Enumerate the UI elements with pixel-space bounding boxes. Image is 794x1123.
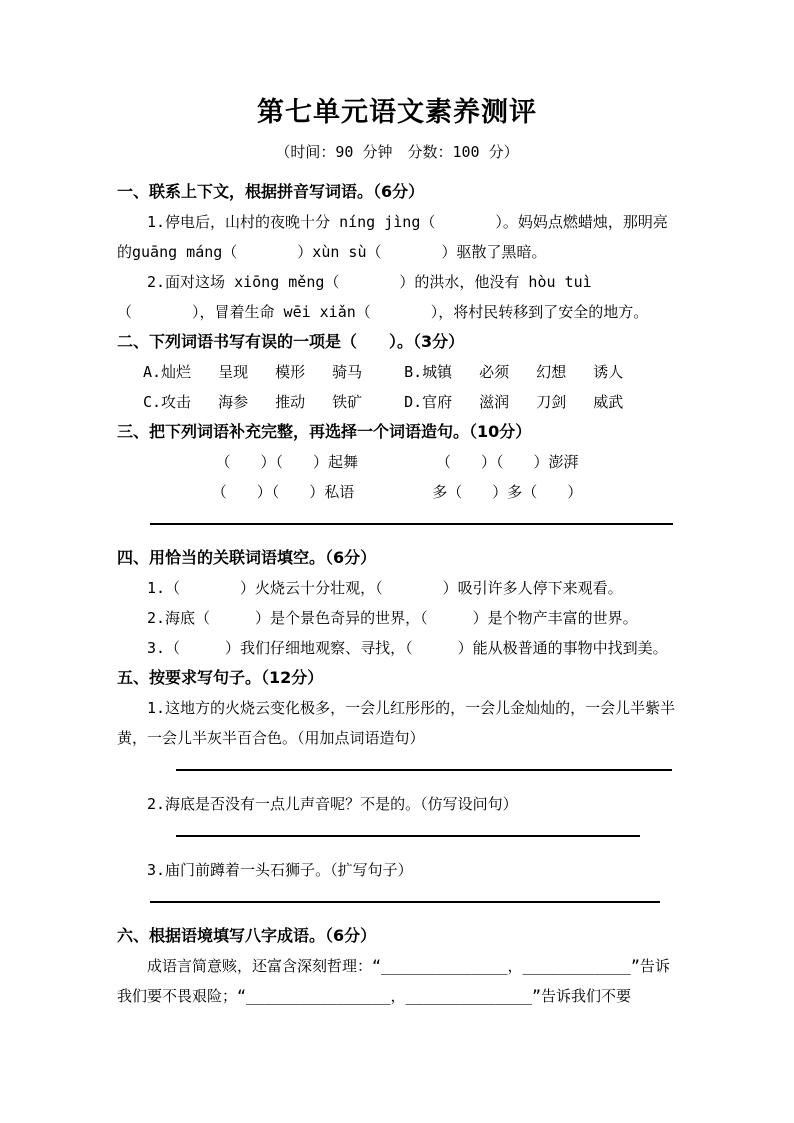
section-4-heading: 四、用恰当的关联词语填空。（6分）	[117, 543, 677, 573]
idiom-blank: 多（ ）多（ ）	[432, 477, 582, 507]
question-4-2: 2.海底（ ）是个景色奇异的世界，（ ）是个物产丰富的世界。	[117, 603, 677, 633]
question-1-1: 1.停电后，山村的夜晚十分 níng jìng（ ）。妈妈点燃蜡烛，那明亮的gu…	[117, 207, 677, 267]
option-d-label: D.官府	[404, 387, 452, 417]
answer-line[interactable]	[150, 901, 660, 903]
page-title: 第七单元语文素养测评	[117, 95, 677, 131]
option-b-label: B.城镇	[404, 357, 452, 387]
question-4-3: 3.（ ）我们仔细地观察、寻找，（ ）能从极普通的事物中找到美。	[117, 633, 677, 663]
option-d-word: 刀剑	[536, 387, 566, 417]
question-1-2: 2.面对这场 xiōng měng（ ）的洪水，他没有 hòu tuì（ ），冒…	[117, 267, 677, 327]
section-pinyin: 一、联系上下文，根据拼音写词语。（6分） 1.停电后，山村的夜晚十分 níng …	[117, 177, 677, 327]
section-conjunction-fill: 四、用恰当的关联词语填空。（6分） 1.（ ）火烧云十分壮观，（ ）吸引许多人停…	[117, 543, 677, 663]
section-idiom-context: 六、根据语境填写八字成语。（6分） 成语言简意赅，还富含深刻哲理：“______…	[117, 921, 677, 1011]
option-a-word: 呈现	[218, 357, 248, 387]
idiom-blank: （ ）（ ）起舞	[215, 447, 358, 477]
option-a-word: 模形	[275, 357, 305, 387]
answer-line[interactable]	[176, 835, 640, 837]
option-c-label: C.攻击	[143, 387, 191, 417]
section-6-heading: 六、根据语境填写八字成语。（6分）	[117, 921, 677, 951]
section-multiple-choice: 二、下列词语书写有误的一项是（ ）。（3分） A.灿烂 呈现 模形 骑马 B.城…	[117, 327, 677, 417]
option-a-label: A.灿烂	[143, 357, 191, 387]
idiom-blank: （ ）（ ）私语	[212, 477, 355, 507]
question-5-2: 2.海底是否没有一点儿声音呢？不是的。（仿写设问句）	[117, 789, 677, 819]
idiom-fill-row-2: （ ）（ ）私语 多（ ）多（ ）	[117, 477, 677, 507]
question-5-1: 1.这地方的火烧云变化极多，一会儿红彤彤的，一会儿金灿灿的，一会儿半紫半黄，一会…	[117, 693, 677, 753]
option-a-word: 骑马	[332, 357, 362, 387]
option-b-word: 必须	[479, 357, 509, 387]
section-2-heading: 二、下列词语书写有误的一项是（ ）。（3分）	[117, 327, 677, 357]
option-b-word: 幻想	[536, 357, 566, 387]
answer-line[interactable]	[176, 769, 672, 771]
option-d-word: 滋润	[479, 387, 509, 417]
option-c-word: 铁矿	[332, 387, 362, 417]
question-5-3: 3.庙门前蹲着一头石狮子。（扩写句子）	[117, 855, 677, 885]
exam-meta: （时间：90 分钟 分数：100 分）	[117, 139, 677, 165]
exam-page: 第七单元语文素养测评 （时间：90 分钟 分数：100 分） 一、联系上下文，根…	[0, 0, 794, 1123]
section-word-completion: 三、把下列词语补充完整，再选择一个词语造句。（10分） （ ）（ ）起舞 （ ）…	[117, 417, 677, 525]
section-5-heading: 五、按要求写句子。（12分）	[117, 663, 677, 693]
option-c-word: 海参	[218, 387, 248, 417]
option-c-word: 推动	[275, 387, 305, 417]
section-3-heading: 三、把下列词语补充完整，再选择一个词语造句。（10分）	[117, 417, 677, 447]
question-6-body: 成语言简意赅，还富含深刻哲理：“______________，_________…	[117, 951, 677, 1011]
option-b-word: 诱人	[593, 357, 623, 387]
option-row-cd: C.攻击 海参 推动 铁矿 D.官府 滋润 刀剑 威武	[117, 387, 677, 417]
section-1-heading: 一、联系上下文，根据拼音写词语。（6分）	[117, 177, 677, 207]
answer-line[interactable]	[150, 523, 673, 525]
idiom-fill-row-1: （ ）（ ）起舞 （ ）（ ）澎湃	[117, 447, 677, 477]
option-row-ab: A.灿烂 呈现 模形 骑马 B.城镇 必须 幻想 诱人	[117, 357, 677, 387]
option-d-word: 威武	[593, 387, 623, 417]
idiom-blank: （ ）（ ）澎湃	[436, 447, 579, 477]
section-sentence-writing: 五、按要求写句子。（12分） 1.这地方的火烧云变化极多，一会儿红彤彤的，一会儿…	[117, 663, 677, 903]
question-4-1: 1.（ ）火烧云十分壮观，（ ）吸引许多人停下来观看。	[117, 573, 677, 603]
